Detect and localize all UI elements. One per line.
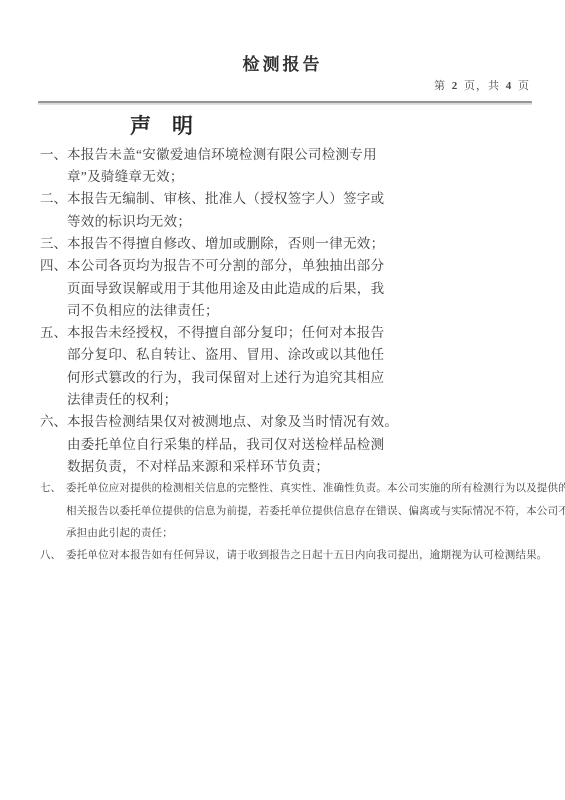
statement-line: 委托单位对本报告如有任何异议，请于收到报告之日起十五日内向我司提出，逾期视为认可… [66,545,545,567]
statement-item-text: 本报告无编制、审核、批准人（授权签字人）签字或等效的标识均无效； [67,188,545,233]
statement-item-text: 本报告未经授权，不得擅自部分复印；任何对本报告部分复印、私自转让、盗用、冒用、涂… [67,322,545,411]
statement-item-marker: 三、 [40,233,67,255]
statement-item-text: 本报告未盖“安徽爱迪信环境检测有限公司检测专用章”及骑缝章无效； [67,144,545,189]
statement-line: 法律责任的权利； [67,389,545,411]
statement-item-marker: 八、 [40,545,66,567]
statement-item-marker: 一、 [40,144,67,166]
statement-line: 司不负相应的法律责任； [67,300,545,322]
statement-line: 章”及骑缝章无效； [67,166,545,188]
statement-item-marker: 六、 [40,411,67,433]
page-indicator-total: 4 [506,80,513,92]
statement-line: 本报告不得擅自修改、增加或删除，否则一律无效； [67,233,545,255]
statement-item-text: 本报告不得擅自修改、增加或删除，否则一律无效； [67,233,545,255]
statement-heading: 声 明 [130,114,565,139]
statement-line: 等效的标识均无效； [67,211,545,233]
statement-item-text: 本报告检测结果仅对被测地点、对象及当时情况有效。由委托单位自行采集的样品，我司仅… [67,411,545,478]
statement-line: 由委托单位自行采集的样品，我司仅对送检样品检测 [67,434,545,456]
statement-item-text: 委托单位应对提供的检测相关信息的完整性、真实性、准确性负责。本公司实施的所有检测… [66,478,545,545]
document-title: 检测报告 [0,0,565,75]
header-divider [38,101,532,105]
statement-line: 数据负责，不对样品来源和采样环节负责； [67,456,545,478]
statement-item: 七、委托单位应对提供的检测相关信息的完整性、真实性、准确性负责。本公司实施的所有… [40,478,545,545]
statement-item: 八、委托单位对本报告如有任何异议，请于收到报告之日起十五日内向我司提出，逾期视为… [40,545,545,567]
page-indicator-label-of: 页，共 [464,80,500,92]
statement-item-text: 委托单位对本报告如有任何异议，请于收到报告之日起十五日内向我司提出，逾期视为认可… [66,545,545,567]
statement-line: 页面导致误解或用于其他用途及由此造成的后果，我 [67,278,545,300]
page-indicator-label-page: 第 [434,80,446,92]
statement-item: 三、本报告不得擅自修改、增加或删除，否则一律无效； [40,233,545,255]
page-indicator: 第 2 页，共 4 页 [0,80,565,93]
statement-line: 本报告无编制、审核、批准人（授权签字人）签字或 [67,188,545,210]
statement-item: 四、本公司各页均为报告不可分割的部分，单独抽出部分页面导致误解或用于其他用途及由… [40,255,545,322]
statement-line: 本报告未经授权，不得擅自部分复印；任何对本报告 [67,322,545,344]
statement-items: 一、本报告未盖“安徽爱迪信环境检测有限公司检测专用章”及骑缝章无效；二、本报告无… [0,139,565,568]
report-page: 检测报告 第 2 页，共 4 页 声 明 一、本报告未盖“安徽爱迪信环境检测有限… [0,0,565,800]
statement-item-marker: 四、 [40,255,67,277]
statement-line: 本公司各页均为报告不可分割的部分，单独抽出部分 [67,255,545,277]
statement-item-text: 本公司各页均为报告不可分割的部分，单独抽出部分页面导致误解或用于其他用途及由此造… [67,255,545,322]
statement-line: 部分复印、私自转让、盗用、冒用、涂改或以其他任 [67,344,545,366]
statement-line: 本报告未盖“安徽爱迪信环境检测有限公司检测专用 [67,144,545,166]
page-indicator-label-pages: 页 [518,80,530,92]
statement-item: 五、本报告未经授权，不得擅自部分复印；任何对本报告部分复印、私自转让、盗用、冒用… [40,322,545,411]
statement-line: 承担由此引起的责任； [66,523,545,545]
statement-item-marker: 七、 [40,478,66,500]
statement-item: 六、本报告检测结果仅对被测地点、对象及当时情况有效。由委托单位自行采集的样品，我… [40,411,545,478]
statement-line: 本报告检测结果仅对被测地点、对象及当时情况有效。 [67,411,545,433]
statement-item-marker: 五、 [40,322,67,344]
statement-line: 何形式篡改的行为，我司保留对上述行为追究其相应 [67,367,545,389]
page-indicator-current: 2 [452,80,459,92]
statement-item: 二、本报告无编制、审核、批准人（授权签字人）签字或等效的标识均无效； [40,188,545,233]
statement-item: 一、本报告未盖“安徽爱迪信环境检测有限公司检测专用章”及骑缝章无效； [40,144,545,189]
statement-item-marker: 二、 [40,188,67,210]
statement-line: 相关报告以委托单位提供的信息为前提，若委托单位提供信息存在错误、偏离或与实际情况… [66,501,545,523]
statement-line: 委托单位应对提供的检测相关信息的完整性、真实性、准确性负责。本公司实施的所有检测… [66,478,545,500]
